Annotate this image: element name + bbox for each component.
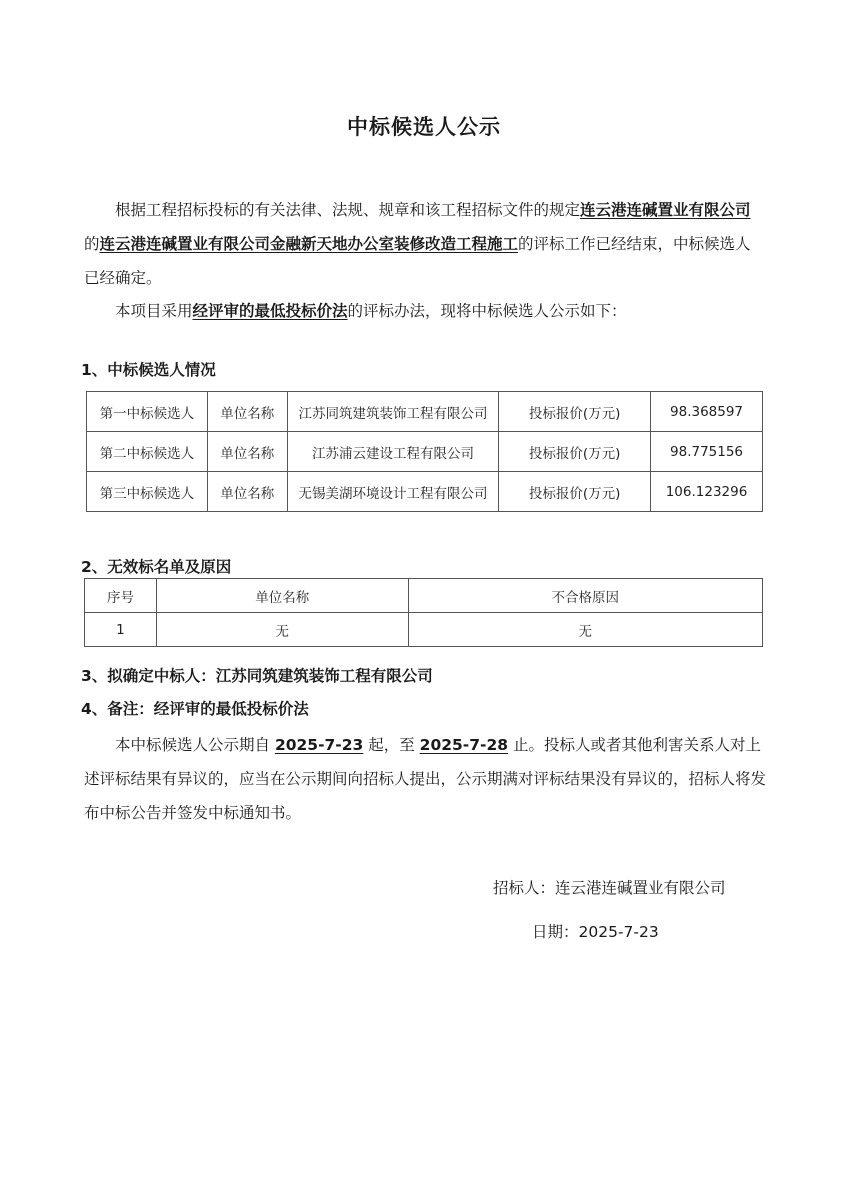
- section3-heading: 3、拟确定中标人：江苏同筑建筑装饰工程有限公司: [81, 664, 433, 686]
- price-label-cell: 投标报价(万元): [499, 392, 651, 432]
- end-date: 2025-7-28: [420, 736, 508, 754]
- price-cell: 106.123296: [651, 472, 763, 512]
- notice-text-1: 本中标候选人公示期自: [115, 736, 275, 754]
- label-cell: 单位名称: [207, 472, 287, 512]
- price-label-cell: 投标报价(万元): [499, 432, 651, 472]
- page-title: 中标候选人公示: [0, 111, 848, 141]
- method-paragraph: 本项目采用经评审的最低投标价法的评标办法，现将中标候选人公示如下：: [84, 294, 766, 328]
- table-row: 第二中标候选人 单位名称 江苏浦云建设工程有限公司 投标报价(万元) 98.77…: [87, 432, 763, 472]
- label-cell: 单位名称: [207, 432, 287, 472]
- section2-heading: 2、无效标名单及原因: [81, 555, 231, 577]
- rank-cell: 第三中标候选人: [87, 472, 208, 512]
- label-cell: 单位名称: [207, 392, 287, 432]
- signature-tenderer: 招标人：连云港连碱置业有限公司: [493, 876, 726, 898]
- price-label-cell: 投标报价(万元): [499, 472, 651, 512]
- method-text-2: 的评标办法，现将中标候选人公示如下：: [348, 302, 627, 320]
- section4-heading: 4、备注：经评审的最低投标价法: [81, 697, 309, 719]
- company-cell: 江苏同筑建筑装饰工程有限公司: [287, 392, 499, 432]
- company-cell: 无锡美湖环境设计工程有限公司: [287, 472, 499, 512]
- table-row: 1 无 无: [85, 613, 763, 647]
- rank-cell: 第二中标候选人: [87, 432, 208, 472]
- notice-paragraph: 本中标候选人公示期自 2025-7-23 起，至 2025-7-28 止。投标人…: [84, 728, 766, 830]
- section1-heading: 1、中标候选人情况: [81, 358, 216, 380]
- notice-text-2: 起，至: [363, 736, 419, 754]
- intro-text-2: 的: [84, 235, 100, 253]
- table-row: 第一中标候选人 单位名称 江苏同筑建筑装饰工程有限公司 投标报价(万元) 98.…: [87, 392, 763, 432]
- notice-text: 本中标候选人公示期自 2025-7-23 起，至 2025-7-28 止。投标人…: [84, 728, 766, 830]
- table-header-row: 序号 单位名称 不合格原因: [85, 579, 763, 613]
- header-company: 单位名称: [156, 579, 408, 613]
- method-text: 本项目采用: [115, 302, 193, 320]
- company-cell: 江苏浦云建设工程有限公司: [287, 432, 499, 472]
- table-row: 第三中标候选人 单位名称 无锡美湖环境设计工程有限公司 投标报价(万元) 106…: [87, 472, 763, 512]
- reason-cell: 无: [408, 613, 762, 647]
- evaluation-method: 经评审的最低投标价法: [193, 302, 348, 320]
- price-cell: 98.368597: [651, 392, 763, 432]
- intro-text: 根据工程招标投标的有关法律、法规、规章和该工程招标文件的规定: [115, 201, 580, 219]
- tenderer-name: 连云港连碱置业有限公司: [580, 201, 751, 219]
- header-no: 序号: [85, 579, 157, 613]
- header-reason: 不合格原因: [408, 579, 762, 613]
- project-name: 连云港连碱置业有限公司金融新天地办公室装修改造工程施工: [100, 235, 519, 253]
- signature-date: 日期：2025-7-23: [532, 920, 659, 942]
- invalid-bids-table: 序号 单位名称 不合格原因 1 无 无: [84, 578, 763, 647]
- start-date: 2025-7-23: [275, 736, 363, 754]
- candidates-table: 第一中标候选人 单位名称 江苏同筑建筑装饰工程有限公司 投标报价(万元) 98.…: [86, 391, 763, 512]
- intro-paragraph: 根据工程招标投标的有关法律、法规、规章和该工程招标文件的规定连云港连碱置业有限公…: [84, 193, 766, 295]
- no-cell: 1: [85, 613, 157, 647]
- company-cell: 无: [156, 613, 408, 647]
- price-cell: 98.775156: [651, 432, 763, 472]
- rank-cell: 第一中标候选人: [87, 392, 208, 432]
